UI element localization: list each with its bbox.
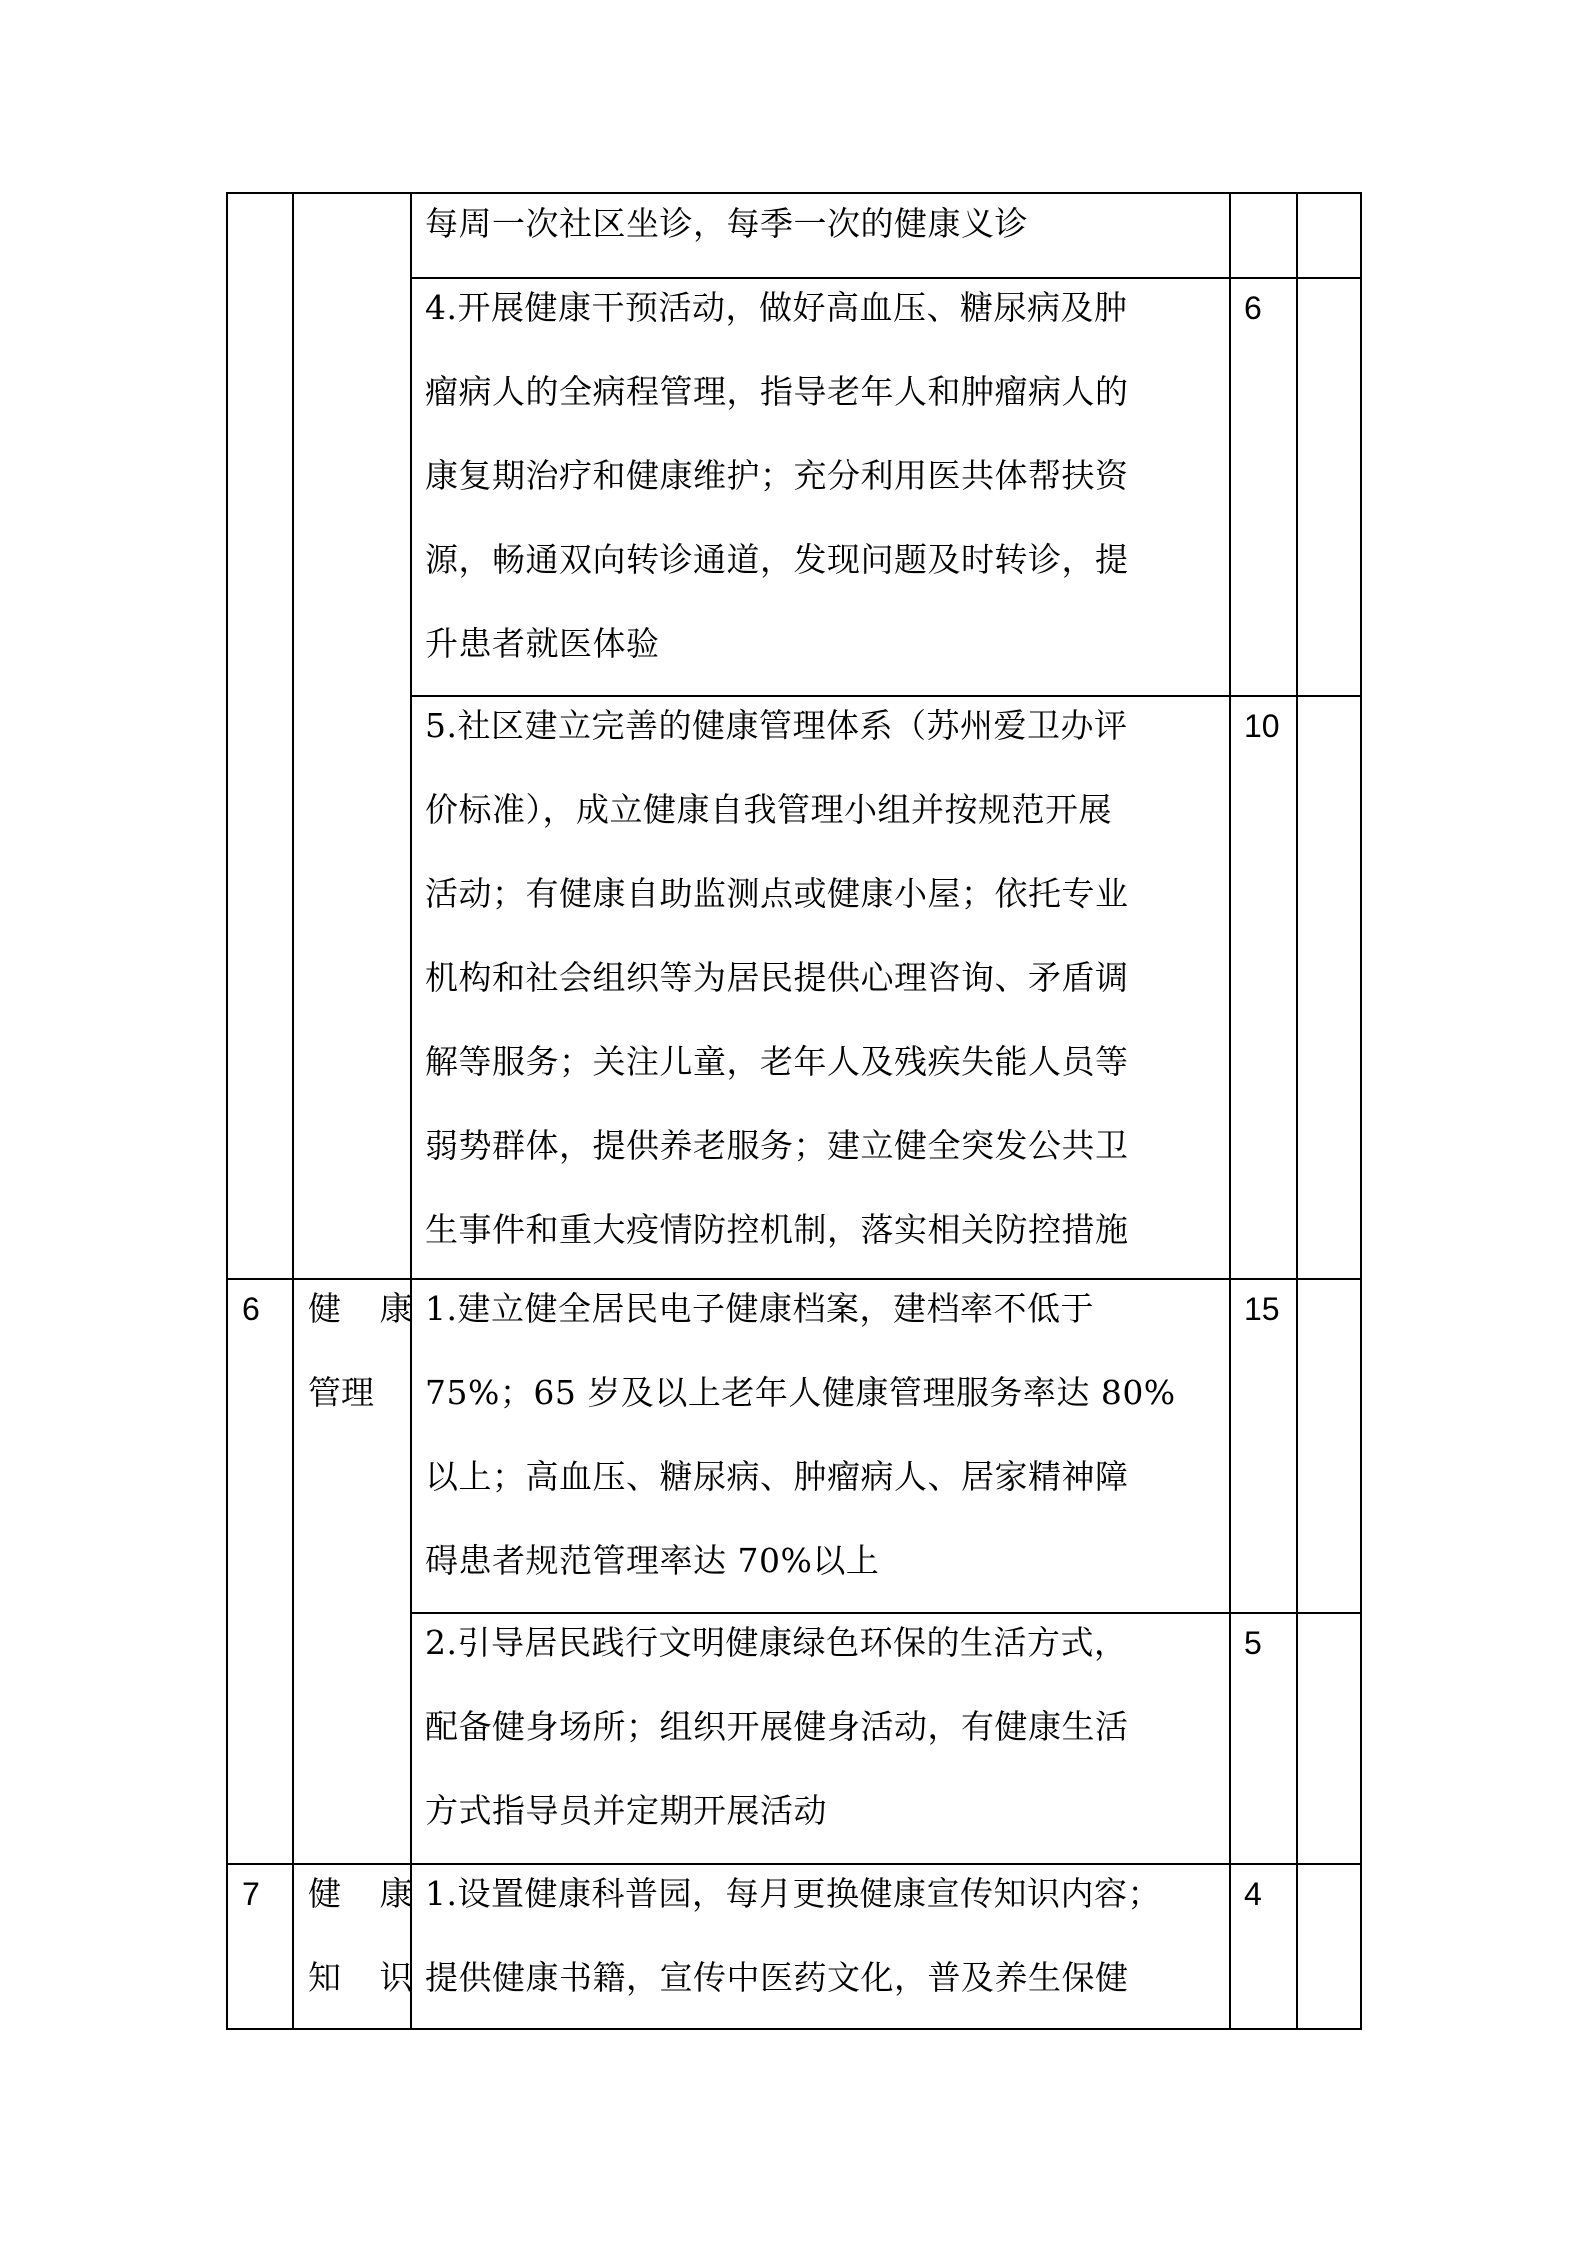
content-line: 机构和社会组织等为居民提供心理咨询、矛盾调 (425, 936, 1225, 1020)
score-cell: 15 (1244, 1267, 1280, 1351)
content-line: 提供健康书籍，宣传中医药文化，普及养生保健 (425, 1936, 1225, 2020)
category-line: 管理 (308, 1351, 408, 1435)
category-cell: 健 康 知 识 (308, 1852, 408, 2020)
content-line: 1.建立健全居民电子健康档案，建档率不低于 (425, 1267, 1225, 1351)
content-line: 解等服务；关注儿童，老年人及残疾失能人员等 (425, 1020, 1225, 1104)
table-row-content: 2.引导居民践行文明健康绿色环保的生活方式， 配备健身场所；组织开展健身活动，有… (425, 1601, 1225, 1853)
content-line: 1.设置健康科普园，每月更换健康宣传知识内容； (425, 1852, 1225, 1936)
table-row-content: 4.开展健康干预活动，做好高血压、糖尿病及肿 瘤病人的全病程管理，指导老年人和肿… (425, 266, 1225, 686)
content-line: 活动；有健康自助监测点或健康小屋；依托专业 (425, 852, 1225, 936)
content-line: 弱势群体，提供养老服务；建立健全突发公共卫 (425, 1104, 1225, 1188)
table-row-content: 1.建立健全居民电子健康档案，建档率不低于 75%；65 岁及以上老年人健康管理… (425, 1267, 1225, 1603)
content-line: 5.社区建立完善的健康管理体系（苏州爱卫办评 (425, 684, 1225, 768)
row-number: 7 (242, 1852, 260, 1936)
content-line: 2.引导居民践行文明健康绿色环保的生活方式， (425, 1601, 1225, 1685)
table-row-content: 每周一次社区坐诊，每季一次的健康义诊 (425, 182, 1225, 266)
content-line: 75%；65 岁及以上老年人健康管理服务率达 80% (425, 1351, 1225, 1435)
row-number: 6 (242, 1267, 260, 1351)
column-divider (410, 194, 412, 2028)
content-line: 生事件和重大疫情防控机制，落实相关防控措施 (425, 1188, 1225, 1272)
score-cell: 5 (1244, 1601, 1262, 1685)
content-line: 每周一次社区坐诊，每季一次的健康义诊 (425, 182, 1225, 266)
score-cell: 6 (1244, 266, 1262, 350)
content-line: 配备健身场所；组织开展健身活动，有健康生活 (425, 1685, 1225, 1769)
category-line: 知 识 (308, 1936, 408, 2020)
score-cell: 4 (1244, 1852, 1262, 1936)
content-line: 方式指导员并定期开展活动 (425, 1769, 1225, 1853)
content-line: 瘤病人的全病程管理，指导老年人和肿瘤病人的 (425, 350, 1225, 434)
content-line: 4.开展健康干预活动，做好高血压、糖尿病及肿 (425, 266, 1225, 350)
content-line: 升患者就医体验 (425, 602, 1225, 686)
content-line: 康复期治疗和健康维护；充分利用医共体帮扶资 (425, 434, 1225, 518)
table-row-content: 5.社区建立完善的健康管理体系（苏州爱卫办评 价标准），成立健康自我管理小组并按… (425, 684, 1225, 1272)
column-divider (1229, 194, 1231, 2028)
table-row-content: 1.设置健康科普园，每月更换健康宣传知识内容； 提供健康书籍，宣传中医药文化，普… (425, 1852, 1225, 2020)
category-line: 健 康 (308, 1852, 408, 1936)
category-line: 健 康 (308, 1267, 408, 1351)
content-line: 价标准），成立健康自我管理小组并按规范开展 (425, 768, 1225, 852)
content-line: 以上；高血压、糖尿病、肿瘤病人、居家精神障 (425, 1435, 1225, 1519)
category-cell: 健 康 管理 (308, 1267, 408, 1435)
evaluation-table: 每周一次社区坐诊，每季一次的健康义诊 4.开展健康干预活动，做好高血压、糖尿病及… (226, 192, 1362, 2030)
content-line: 源，畅通双向转诊通道，发现问题及时转诊，提 (425, 518, 1225, 602)
score-cell: 10 (1244, 684, 1280, 768)
column-divider (1296, 194, 1298, 2028)
content-line: 碍患者规范管理率达 70%以上 (425, 1519, 1225, 1603)
column-divider (292, 194, 294, 2028)
